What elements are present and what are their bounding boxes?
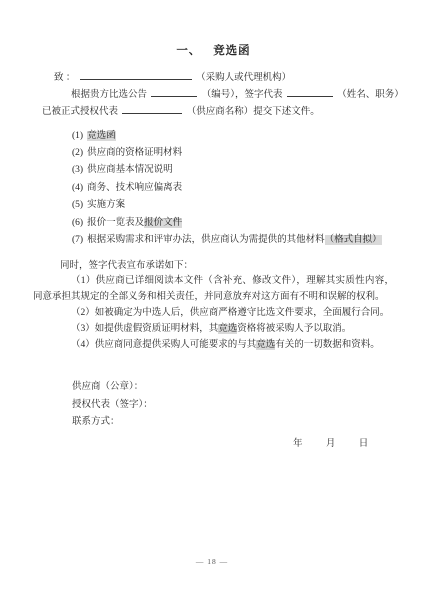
authorization-line: 已被正式授权代表 （供应商名称）提交下述文件。 (33, 104, 394, 121)
page-number: — 18 — (0, 557, 424, 566)
item-highlighted-text: （格式自拟） (325, 235, 382, 245)
supplier-seal-label: 供应商（公章）： (72, 379, 394, 397)
promise-number: （2） (71, 308, 95, 318)
promise-text: 如提供虚假资质证明材料，其 (95, 324, 219, 334)
promise-text: 如被确定为中选人后，供应商严格遵守比选文件要求，全面履行合同。 (95, 308, 390, 318)
promise-text-suffix: 资格将被采购人予以取消。 (237, 324, 351, 334)
promise-number: （3） (71, 324, 95, 334)
item-highlighted-text: 报价文件 (144, 218, 182, 228)
supplier-name-blank (122, 105, 182, 114)
notice-line: 根据贵方比选公告 （编号），签字代表 （姓名、职务） (33, 87, 394, 104)
item-number: (5) (72, 200, 83, 210)
addressee-line: 致 ： （采购人或代理机构） (33, 70, 394, 87)
item-number: (4) (72, 183, 83, 193)
document-list-item: (2)供应商的资格证明材料 (33, 145, 394, 162)
title-section-number: 一、 (176, 45, 201, 57)
date-year-label: 年 (293, 436, 303, 454)
item-text: 实施方案 (87, 200, 125, 210)
document-list-item: (6)报价一览表及报价文件 (33, 215, 394, 232)
document-list-item: (1)竞选函 (33, 128, 394, 145)
representative-text: （编号），签字代表 (202, 90, 283, 100)
promise-item: （2）如被确定为中选人后，供应商严格遵守比选文件要求，全面履行合同。 (33, 306, 394, 322)
title-text: 竞选函 (213, 45, 251, 57)
promise-section: （1）供应商已详细阅读本文件（含补充、修改文件），理解其实质性内容，同意承担其规… (33, 274, 394, 353)
document-list-item: (5)实施方案 (33, 197, 394, 214)
promise-text: 供应商同意提供采购人可能要求的与其 (95, 340, 257, 350)
representative-name-blank (287, 88, 333, 97)
document-page: 一、 竞选函 致 ： （采购人或代理机构） 根据贵方比选公告 （编号），签字代表… (0, 0, 424, 600)
promise-intro-line: 同时，签字代表宣布承诺如下： (33, 258, 394, 274)
representative-hint: （姓名、职务） (337, 90, 404, 100)
contact-info-label: 联系方式： (72, 414, 394, 432)
promise-number: （4） (71, 340, 95, 350)
promise-item: （3）如提供虚假资质证明材料，其竞选资格将被采购人予以取消。 (33, 322, 394, 338)
submitted-documents-list: (1)竞选函 (2)供应商的资格证明材料 (3)供应商基本情况说明 (4)商务、… (33, 128, 394, 250)
item-text: 供应商的资格证明材料 (87, 148, 182, 158)
item-number: (2) (72, 148, 83, 158)
promise-highlighted-text: 竞选 (218, 324, 237, 334)
promise-text-suffix: 有关的一切数据和资料。 (275, 340, 380, 350)
authorized-representative-label: 授权代表（签字）： (72, 397, 394, 415)
date-month-label: 月 (326, 436, 336, 454)
signature-section: 供应商（公章）： 授权代表（签字）： 联系方式： (33, 379, 394, 432)
addressee-blank (80, 71, 192, 80)
notice-text: 根据贵方比选公告 (71, 90, 147, 100)
document-list-item: (7)根据采购需求和评审办法，供应商认为需提供的其他材料（格式自拟） (33, 232, 394, 249)
promise-number: （1） (71, 276, 96, 286)
authorization-suffix: （供应商名称）提交下述文件。 (187, 107, 320, 117)
intro-section: 致 ： （采购人或代理机构） 根据贵方比选公告 （编号），签字代表 （姓名、职务… (33, 70, 394, 122)
notice-number-blank (151, 88, 197, 97)
addressee-label: 致 ： (54, 73, 75, 83)
item-number: (1) (72, 131, 83, 141)
authorization-text: 已被正式授权代表 (42, 107, 118, 117)
promise-item: （4）供应商同意提供采购人可能要求的与其竞选有关的一切数据和资料。 (33, 338, 394, 354)
item-text: 供应商基本情况说明 (87, 165, 173, 175)
document-list-item: (4)商务、技术响应偏离表 (33, 180, 394, 197)
promise-highlighted-text: 竞选 (256, 340, 275, 350)
promise-item: （1）供应商已详细阅读本文件（含补充、修改文件），理解其实质性内容，同意承担其规… (33, 274, 394, 306)
date-line: 年 月 日 (33, 436, 394, 454)
item-text: 商务、技术响应偏离表 (87, 183, 182, 193)
page-title: 一、 竞选函 (33, 42, 394, 58)
item-text: 根据采购需求和评审办法，供应商认为需提供的其他材料 (87, 235, 325, 245)
item-text: 报价一览表及 (87, 218, 144, 228)
item-number: (6) (72, 218, 83, 228)
item-number: (3) (72, 165, 83, 175)
document-content: 一、 竞选函 致 ： （采购人或代理机构） 根据贵方比选公告 （编号），签字代表… (0, 0, 424, 453)
item-highlighted-text: 竞选函 (87, 131, 116, 141)
addressee-hint: （采购人或代理机构） (196, 73, 291, 83)
document-list-item: (3)供应商基本情况说明 (33, 162, 394, 179)
item-number: (7) (72, 235, 83, 245)
date-day-label: 日 (359, 436, 369, 454)
